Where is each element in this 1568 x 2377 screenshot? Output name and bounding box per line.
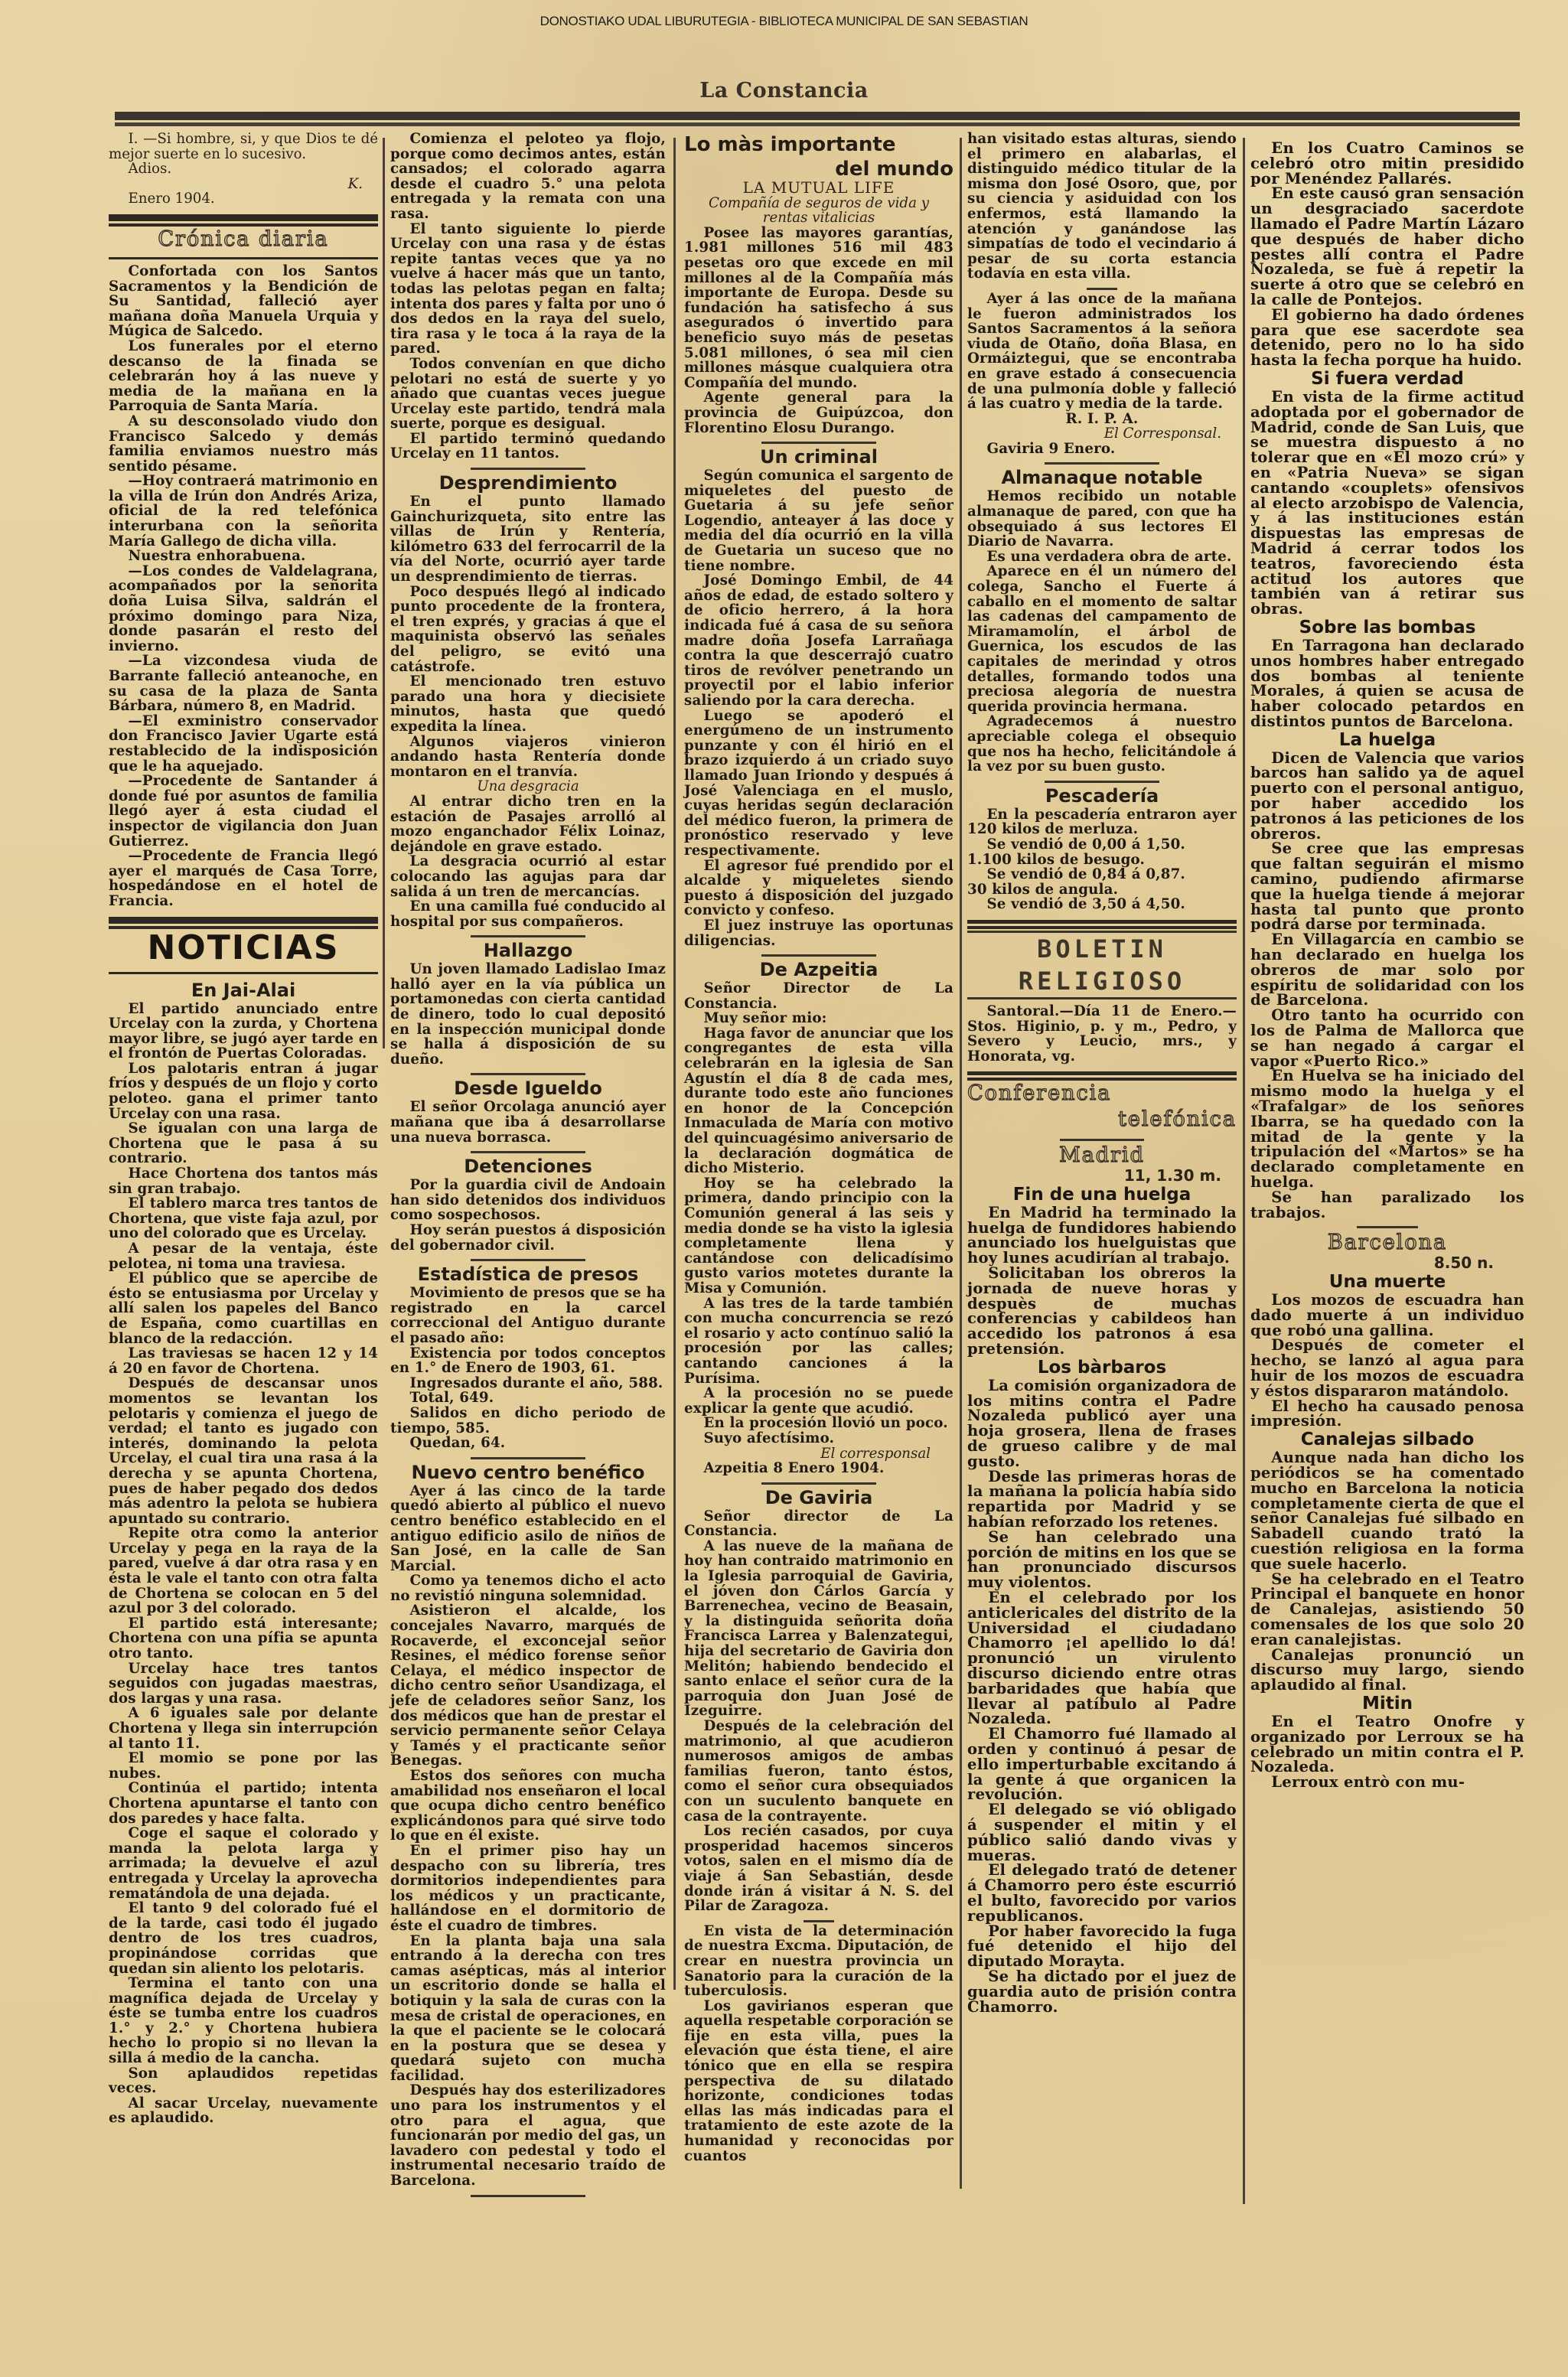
section-title-boletin: BOLETIN RELIGIOSO [967, 931, 1237, 999]
stat-line: Total, 649. [390, 1391, 666, 1406]
paragraph: Señor Director de La Constancia. [684, 981, 954, 1011]
paragraph: Hoy serán puestos á disposición del gobe… [390, 1223, 666, 1253]
paragraph: En Villagarcía en cambio se han declarad… [1250, 932, 1524, 1008]
quantity-line: 1.100 kilos de besugo. [967, 853, 1237, 868]
paragraph: El delegado trató de detener á Chamorro … [967, 1863, 1237, 1923]
paragraph: En la procesión llovió un poco. [684, 1416, 954, 1431]
paragraph: Señor director de La Constancia. [684, 1509, 954, 1539]
quantity-line: 30 kilos de angula. [967, 882, 1237, 898]
newspaper-masthead: La Constancia [0, 79, 1568, 103]
dateline: Gaviria 9 Enero. [967, 442, 1237, 457]
paragraph: Suyo afectísimo. [684, 1431, 954, 1446]
paragraph: Los recién casados, por cuya prosperidad… [684, 1824, 954, 1914]
paragraph: El momio se pone por las nubes. [109, 1751, 378, 1781]
paragraph: En Huelva se ha iniciado del mismo modo … [1250, 1068, 1524, 1189]
paragraph: Ayer á las once de la mañana le fueron a… [967, 292, 1237, 412]
paragraph: El público que se apercibe de ésto se en… [109, 1271, 378, 1346]
paragraph: Un joven llamado Ladislao Imaz halló aye… [390, 962, 666, 1067]
paragraph: Luego se apoderó el energúmeno de un ins… [684, 709, 954, 859]
price-line: Se vendió de 0,00 á 1,50. [967, 837, 1237, 853]
paragraph: Después de cometer el hecho, se lanzó al… [1250, 1338, 1524, 1398]
paragraph: El señor Orcolaga anunció ayer mañana qu… [390, 1100, 666, 1145]
paragraph: La comisión organizadora de los mitins c… [967, 1378, 1237, 1469]
price-line: Se vendió de 0,84 á 0,87. [967, 867, 1237, 882]
article-separator [1045, 462, 1159, 465]
paragraph: El agresor fué prendido por el alcalde y… [684, 859, 954, 918]
paragraph: El tanto 9 del colorado fué el de la tar… [109, 1901, 378, 1976]
article-separator [471, 935, 585, 937]
dispatch-place: Madrid [967, 1143, 1237, 1169]
paragraph: En el punto llamado Gainchurizqueta, sit… [390, 494, 666, 585]
section-rule [109, 214, 378, 223]
paragraph: Se ha celebrado en el Teatro Principal e… [1250, 1572, 1524, 1648]
paragraph: Se han paralizado los trabajos. [1250, 1190, 1524, 1221]
article-subheadline: Una desgracia [390, 779, 666, 794]
ad-company: LA MUTUAL LIFE [684, 181, 954, 196]
paragraph: Por haber favorecido la fuga fué detenid… [967, 1924, 1237, 1969]
paragraph: En vista de la firme actitud adoptada po… [1250, 390, 1524, 617]
paragraph: Se cree que las empresas que faltan segu… [1250, 841, 1524, 932]
paragraph: El partido terminó quedando Urcelay en 1… [390, 432, 666, 461]
paragraph: El juez instruye las oportunas diligenci… [684, 918, 954, 948]
article-separator [471, 1151, 585, 1153]
santoral: Santoral.—Día 11 de Enero.—Stos. Higinio… [967, 1004, 1237, 1064]
paragraph: Después de descansar unos momentos se le… [109, 1376, 378, 1526]
paragraph: —Procedente de Santander á donde fué por… [109, 774, 378, 849]
paragraph: En el primer piso hay un despacho con su… [390, 1844, 666, 1934]
paragraph: A su desconsolado viudo don Francisco Sa… [109, 414, 378, 474]
column-5: En los Cuatro Caminos se celebró otro mi… [1250, 132, 1524, 1790]
paragraph: José Domingo Embil, de 44 años de edad, … [684, 573, 954, 708]
section-title-noticias: NOTICIAS [109, 929, 378, 967]
paragraph: A 6 iguales sale por delante Chortena y … [109, 1706, 378, 1751]
paragraph: Asistieron el alcalde, los concejales Na… [390, 1603, 666, 1769]
paragraph: Adios. [109, 161, 378, 177]
article-headline: Pescadería [967, 784, 1237, 807]
paragraph: Al sacar Urcelay, nuevamente es aplaudid… [109, 2096, 378, 2126]
paragraph: Por la guardia civil de Andoain han sido… [390, 1178, 666, 1223]
paragraph: Haga favor de anunciar que los congregan… [684, 1026, 954, 1176]
paragraph: Coge el saque el colorado y manda la pel… [109, 1826, 378, 1901]
stat-line: Quedan, 64. [390, 1436, 666, 1451]
dispatch-place: Barcelona [1250, 1230, 1524, 1256]
paragraph: Los gavirianos esperan que aquella respe… [684, 1999, 954, 2164]
paragraph: Aunque nada han dicho los periódicos se … [1250, 1450, 1524, 1571]
paragraph: En el celebrado por los anticlericales d… [967, 1590, 1237, 1727]
article-separator [1357, 1226, 1418, 1228]
paragraph: Los palotaris entran á jugar fríos y des… [109, 1061, 378, 1121]
column-2: Comienza el peloteo ya flojo, porque com… [390, 132, 666, 2199]
paragraph: A las nueve de la mañana de hoy han cont… [684, 1539, 954, 1719]
paragraph: El tablero marca tres tantos de Chortena… [109, 1196, 378, 1241]
paragraph: Agente general para la provincia de Guip… [684, 390, 954, 435]
paragraph: Urcelay hace tres tantos seguidos con ju… [109, 1661, 378, 1707]
ad-headline: Lo màs importante [684, 133, 954, 156]
paragraph: A las tres de la tarde también con mucha… [684, 1296, 954, 1387]
paragraph: Algunos viajeros vinieron andando hasta … [390, 735, 666, 780]
paragraph: Se igualan con una larga de Chortena que… [109, 1121, 378, 1166]
paragraph: Hemos recibido un notable almanaque de p… [967, 489, 1237, 549]
section-rule [109, 257, 378, 259]
paragraph: Movimiento de presos que se ha registrad… [390, 1286, 666, 1345]
article-separator [761, 1482, 876, 1485]
article-body: El partido anunciado entre Urcelay con l… [109, 1002, 378, 2127]
dispatch-time: 8.50 n. [1250, 1256, 1524, 1271]
paragraph: Poco después llegó al indicado punto pro… [390, 585, 666, 675]
article-headline: Los bàrbaros [967, 1357, 1237, 1378]
paragraph: Las traviesas se hacen 12 y 14 á 20 en f… [109, 1346, 378, 1376]
paragraph: Todos convenían en que dicho pelotari no… [390, 357, 666, 432]
paragraph: Posee las mayores garantías, 1.981 millo… [684, 226, 954, 391]
paragraph: Hoy se ha celebrado la primera, dando pr… [684, 1176, 954, 1296]
paragraph: Se han celebrado una porción de mitins e… [967, 1530, 1237, 1590]
paragraph: Otro tanto ha ocurrido con los de Palma … [1250, 1008, 1524, 1068]
paragraph: Confortada con los Santos Sacramentos y … [109, 264, 378, 339]
paragraph: —El exministro conservador don Francisco… [109, 714, 378, 774]
article-headline: Un criminal [684, 445, 954, 468]
paragraph: Es una verdadera obra de arte. [967, 549, 1237, 565]
paragraph: Agradecemos á nuestro apreciable colega … [967, 714, 1237, 774]
paragraph: El Chamorro fué llamado al orden y conti… [967, 1727, 1237, 1802]
column-divider [673, 138, 676, 1990]
article-headline: Una muerte [1250, 1271, 1524, 1293]
paragraph: Como ya tenemos dicho el acto no revisti… [390, 1573, 666, 1603]
article-separator [804, 1920, 834, 1922]
price-line: Se vendió de 3,50 á 4,50. [967, 897, 1237, 912]
paragraph: El mencionado tren estuvo parado una hor… [390, 674, 666, 734]
ripa: R. I. P. A. [967, 412, 1237, 427]
article-headline: Almanaque notable [967, 466, 1237, 489]
paragraph: —La vizcondesa viuda de Barrante falleci… [109, 654, 378, 713]
article-separator [471, 1073, 585, 1075]
paragraph: Termina el tanto con una magnífica dejad… [109, 1976, 378, 2066]
article-headline: Detenciones [390, 1155, 666, 1178]
paragraph: El partido está interesante; Chortena co… [109, 1616, 378, 1661]
paragraph: En vista de la determinación de nuestra … [684, 1924, 954, 1999]
section-rule [967, 920, 1237, 926]
paragraph: Se ha dictado por el juez de guardia aut… [967, 1969, 1237, 2014]
paragraph: El delegado se vió obligado á suspender … [967, 1802, 1237, 1863]
article-separator [1045, 781, 1159, 783]
paragraph: Canalejas pronunció un discurso muy larg… [1250, 1648, 1524, 1693]
paragraph: Muy señor mio: [684, 1011, 954, 1026]
paragraph: En una camilla fué conducido al hospital… [390, 899, 666, 929]
paragraph: Desde las primeras horas de la mañana la… [967, 1469, 1237, 1530]
signature: El Corresponsal. [967, 426, 1237, 442]
signature: El corresponsal [684, 1446, 954, 1462]
paragraph: En Tarragona han declarado unos hombres … [1250, 638, 1524, 729]
article-headline: De Azpeitia [684, 958, 954, 981]
article-separator [471, 1457, 585, 1459]
article-headline: Nuevo centro benéfico [390, 1461, 666, 1484]
paragraph: En el Teatro Onofre y organizado por Ler… [1250, 1714, 1524, 1775]
paragraph: Lerroux entrò con mu- [1250, 1775, 1524, 1790]
dateline: Azpeitia 8 Enero 1904. [684, 1461, 954, 1476]
paragraph: Los mozos de escuadra han dado muerte á … [1250, 1293, 1524, 1338]
section-title-conferencia: Conferencia [967, 1081, 1237, 1107]
paragraph: —Hoy contraerá matrimonio en la villa de… [109, 474, 378, 549]
paragraph: El hecho ha causado penosa impresión. [1250, 1399, 1524, 1430]
paragraph: Son aplaudidos repetidas veces. [109, 2066, 378, 2096]
article-headline: Desprendimiento [390, 471, 666, 494]
section-title-conferencia: telefónica [967, 1107, 1237, 1133]
paragraph: En Madrid ha terminado la huelga de fund… [967, 1205, 1237, 1266]
paragraph: —Los condes de Valdelagrana, acompañados… [109, 564, 378, 654]
paragraph: El gobierno ha dado órdenes para que ese… [1250, 308, 1524, 368]
paragraph: Según comunica el sargento de miqueletes… [684, 468, 954, 573]
dispatch-time: 11, 1.30 m. [967, 1169, 1237, 1184]
paragraph: Repite otra como la anterior Urcelay y p… [109, 1526, 378, 1616]
column-1: I. —Si hombre, si, y que Dios te dé mejo… [109, 132, 378, 2126]
article-separator [1087, 288, 1117, 290]
paragraph: En la planta baja una sala entrando á la… [390, 1934, 666, 2084]
stat-line: Existencia por todos conceptos en 1.° de… [390, 1346, 666, 1376]
article-headline: De Gaviria [684, 1486, 954, 1509]
article-headline: Desde Igueldo [390, 1077, 666, 1100]
paragraph: Estos dos señores con mucha amabilidad n… [390, 1769, 666, 1844]
article-separator [471, 1259, 585, 1261]
article-headline: Fin de una huelga [967, 1184, 1237, 1205]
paragraph: Los funerales por el eterno descanso de … [109, 339, 378, 414]
paragraph: En la pescadería entraron ayer 120 kilos… [967, 807, 1237, 837]
column-4: han visitado estas alturas, siendo el pr… [967, 132, 1237, 2014]
paragraph: En este causó gran sensación un desgraci… [1250, 186, 1524, 307]
column-divider [1243, 138, 1245, 2204]
paragraph: Hace Chortena dos tantos más sin gran tr… [109, 1166, 378, 1196]
paragraph: Al entrar dicho tren en la estación de P… [390, 794, 666, 854]
article-separator [761, 442, 876, 444]
masthead-rule [115, 112, 1520, 122]
stat-line: Ingresados durante el año, 588. [390, 1376, 666, 1391]
section-title-cronica: Crónica diaria [109, 227, 378, 253]
paragraph: Dicen de Valencia que varios barcos han … [1250, 751, 1524, 842]
article-headline: Sobre las bombas [1250, 617, 1524, 638]
section-rule [967, 1071, 1237, 1078]
paragraph: Continúa el partido; intenta Chortena ap… [109, 1781, 378, 1826]
paragraph: Después de la celebración del matrimonio… [684, 1719, 954, 1824]
paragraph: han visitado estas alturas, siendo el pr… [967, 132, 1237, 282]
stat-line: Salidos en dicho periodo de tiempo, 585. [390, 1406, 666, 1436]
paragraph: —Procedente de Francia llegó ayer el mar… [109, 849, 378, 908]
paragraph: Aparece en él un número del colega, Sanc… [967, 564, 1237, 714]
paragraph: El partido anunciado entre Urcelay con l… [109, 1002, 378, 1061]
article-headline: Canalejas silbado [1250, 1429, 1524, 1450]
ad-tagline: Compañía de seguros de vida y rentas vit… [684, 196, 954, 226]
article-headline: Hallazgo [390, 939, 666, 962]
article-headline: La huelga [1250, 729, 1524, 751]
paragraph: Solicitaban los obreros la jornada de nu… [967, 1266, 1237, 1357]
article-headline: Estadística de presos [390, 1263, 666, 1286]
article-separator [1060, 1139, 1144, 1141]
article-headline: En Jai-Alai [109, 979, 378, 1002]
signature: K. [109, 177, 378, 192]
paragraph: En los Cuatro Caminos se celebró otro mi… [1250, 141, 1524, 186]
paragraph: Después hay dos esterilizadores uno para… [390, 2083, 666, 2188]
paragraph: La desgracia ocurrió al estar colocando … [390, 854, 666, 899]
column-3: Lo màs importante del mundo LA MUTUAL LI… [684, 132, 954, 2163]
paragraph: I. —Si hombre, si, y que Dios te dé mejo… [109, 132, 378, 161]
ad-headline: del mundo [684, 158, 954, 181]
article-headline: Mitin [1250, 1693, 1524, 1714]
article-separator [761, 954, 876, 957]
article-headline: Si fuera verdad [1250, 368, 1524, 390]
column-divider [383, 138, 385, 1048]
column-divider [960, 138, 962, 2189]
cronica-body: Confortada con los Santos Sacramentos y … [109, 264, 378, 909]
paragraph: Nuestra enhorabuena. [109, 549, 378, 564]
section-rule [109, 972, 378, 974]
section-rule [109, 917, 378, 926]
paragraph: A pesar de la ventaja, éste pelotea, ni … [109, 1241, 378, 1271]
paragraph: El tanto siguiente lo pierde Urcelay con… [390, 222, 666, 357]
article-separator [471, 468, 585, 470]
paragraph: A la procesión no se puede explicar la g… [684, 1386, 954, 1416]
paragraph: Ayer á las cinco de la tarde quedó abier… [390, 1484, 666, 1574]
paragraph: Comienza el peloteo ya flojo, porque com… [390, 132, 666, 222]
article-separator [471, 2195, 585, 2197]
library-watermark: DONOSTIAKO UDAL LIBURUTEGIA - BIBLIOTECA… [0, 14, 1568, 29]
dateline: Enero 1904. [109, 191, 378, 207]
